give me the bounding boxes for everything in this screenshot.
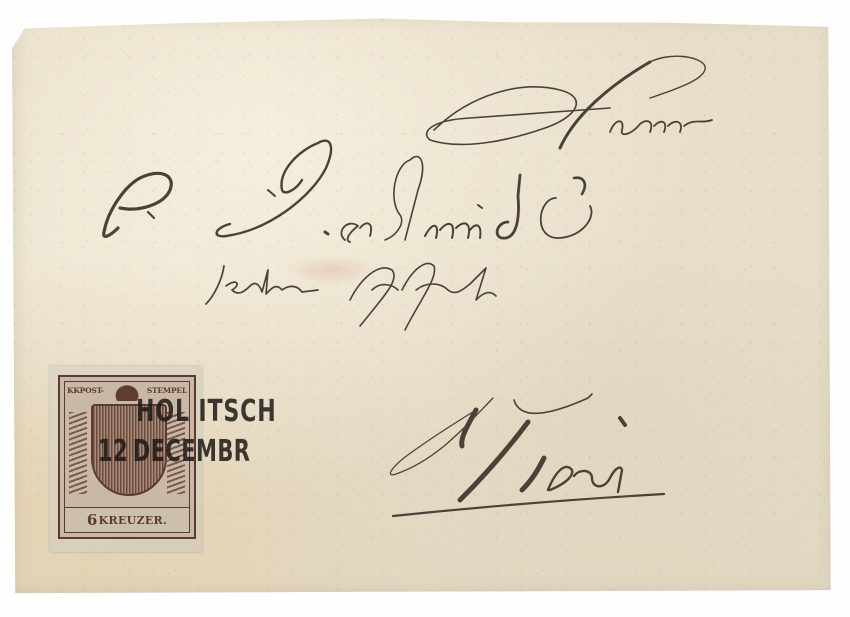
stamp-inscription-left: KKPOST- [67,386,104,395]
postmark-month: DECEMBR [133,434,251,469]
handwriting-occupation [206,263,496,330]
handwriting-salutation [427,56,712,148]
handwriting-city [390,394,664,516]
wreath-left-icon [69,412,87,494]
postmark-date: 12DECEMBR [98,437,250,467]
stamp-value-number: 6 [87,511,98,529]
postmark-day: 12 [98,434,128,469]
handwriting-recipient [104,141,592,242]
stamp-denomination: 6 KREUZER. [65,507,189,532]
postal-cover-photo: Herrn [0,0,850,617]
postmark-town: HOL ITSCH [136,397,277,427]
stamp-value-text: KREUZER. [99,514,167,527]
